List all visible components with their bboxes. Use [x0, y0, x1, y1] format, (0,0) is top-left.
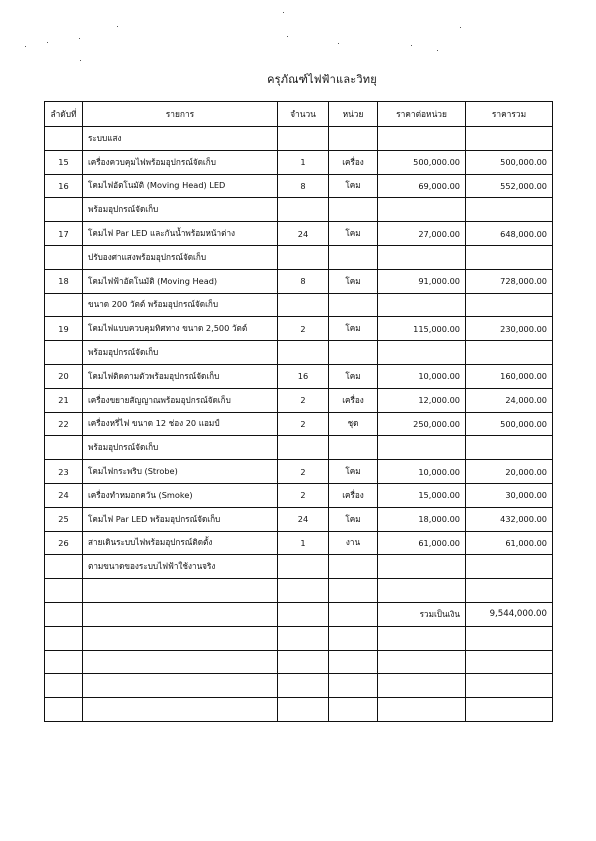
- table-footer: รวมเป็นเงิน 9,544,000.00: [45, 602, 553, 626]
- scan-speck: [287, 36, 288, 37]
- cell-no: [45, 436, 83, 460]
- header-unit-price: ราคาต่อหน่วย: [378, 102, 466, 127]
- cell-no: 15: [45, 150, 83, 174]
- cell-total: 432,000.00: [466, 507, 553, 531]
- cell-unit-price: 115,000.00: [378, 317, 466, 341]
- cell-unit: [329, 555, 378, 579]
- cell-unit-price: 12,000.00: [378, 388, 466, 412]
- cell-quantity: [278, 245, 329, 269]
- table-row: 25โคมไฟ Par LED พร้อมอุปกรณ์จัดเก็บ24โคม…: [45, 507, 553, 531]
- cell-no: [45, 198, 83, 222]
- table-row: 18โคมไฟฟ้าอัตโนมัติ (Moving Head)8โคม91,…: [45, 269, 553, 293]
- table-row: ระบบแสง: [45, 127, 553, 151]
- cell-unit: [329, 436, 378, 460]
- cell-unit-price: 69,000.00: [378, 174, 466, 198]
- cell-total: [466, 341, 553, 365]
- cell-unit: โคม: [329, 174, 378, 198]
- cell-unit-price: 15,000.00: [378, 483, 466, 507]
- cell-no: 19: [45, 317, 83, 341]
- header-unit: หน่วย: [329, 102, 378, 127]
- cell-total: 500,000.00: [466, 412, 553, 436]
- cell-total: 160,000.00: [466, 364, 553, 388]
- grand-total-label: รวมเป็นเงิน: [378, 602, 466, 626]
- table-row: 26สายเดินระบบไฟพร้อมอุปกรณ์ติดตั้ง1งาน61…: [45, 531, 553, 555]
- cell-quantity: 24: [278, 222, 329, 246]
- cell-description: เครื่องหรี่ไฟ ขนาด 12 ช่อง 20 แอมป์: [83, 412, 278, 436]
- cell-total: [466, 198, 553, 222]
- cell-unit: [329, 293, 378, 317]
- blank-row: [45, 698, 553, 722]
- cell-total: 648,000.00: [466, 222, 553, 246]
- cell-description: ขนาด 200 วัตต์ พร้อมอุปกรณ์จัดเก็บ: [83, 293, 278, 317]
- cell-unit-price: 27,000.00: [378, 222, 466, 246]
- cell-unit-price: [378, 436, 466, 460]
- cell-unit-price: 61,000.00: [378, 531, 466, 555]
- cell-unit-price: 10,000.00: [378, 460, 466, 484]
- cell-unit-price: 91,000.00: [378, 269, 466, 293]
- cell-total: [466, 245, 553, 269]
- cell-quantity: [278, 341, 329, 365]
- cell-total: 20,000.00: [466, 460, 553, 484]
- table-row: 15เครื่องควบคุมไฟพร้อมอุปกรณ์จัดเก็บ1เคร…: [45, 150, 553, 174]
- cell-total: 61,000.00: [466, 531, 553, 555]
- cell-unit-price: [378, 293, 466, 317]
- cell-unit-price: [378, 341, 466, 365]
- header-quantity: จำนวน: [278, 102, 329, 127]
- cell-unit: งาน: [329, 531, 378, 555]
- equipment-table: ลำดับที่ รายการ จำนวน หน่วย ราคาต่อหน่วย…: [44, 101, 553, 722]
- cell-quantity: [278, 555, 329, 579]
- blank-row: [45, 674, 553, 698]
- grand-total-value: 9,544,000.00: [466, 602, 553, 626]
- cell-description: ตามขนาดของระบบไฟฟ้าใช้งานจริง: [83, 555, 278, 579]
- cell-no: [45, 341, 83, 365]
- blank-row: [45, 626, 553, 650]
- cell-total: 728,000.00: [466, 269, 553, 293]
- cell-total: [466, 436, 553, 460]
- scan-speck: [117, 26, 118, 27]
- table-row: [45, 579, 553, 603]
- cell-unit-price: [378, 245, 466, 269]
- cell-total: [466, 555, 553, 579]
- scan-speck: [460, 27, 461, 28]
- cell-total: [466, 579, 553, 603]
- cell-description: โคมไฟฟ้าอัตโนมัติ (Moving Head): [83, 269, 278, 293]
- cell-quantity: 1: [278, 531, 329, 555]
- cell-unit: โคม: [329, 317, 378, 341]
- trailing-blank-rows: [45, 626, 553, 721]
- cell-total: [466, 127, 553, 151]
- cell-description: โคมไฟ Par LED พร้อมอุปกรณ์จัดเก็บ: [83, 507, 278, 531]
- cell-quantity: 2: [278, 412, 329, 436]
- cell-quantity: 1: [278, 150, 329, 174]
- cell-unit: โคม: [329, 460, 378, 484]
- cell-description: โคมไฟติดตามตัวพร้อมอุปกรณ์จัดเก็บ: [83, 364, 278, 388]
- scan-speck: [80, 60, 81, 61]
- header-description: รายการ: [83, 102, 278, 127]
- cell-quantity: [278, 436, 329, 460]
- cell-unit: โคม: [329, 269, 378, 293]
- header-total: ราคารวม: [466, 102, 553, 127]
- cell-total: 552,000.00: [466, 174, 553, 198]
- document-title: ครุภัณฑ์ไฟฟ้าและวิทยุ: [0, 70, 596, 88]
- scan-speck: [79, 38, 80, 39]
- cell-unit: [329, 127, 378, 151]
- cell-unit: [329, 341, 378, 365]
- cell-no: [45, 555, 83, 579]
- cell-no: 20: [45, 364, 83, 388]
- table-row: พร้อมอุปกรณ์จัดเก็บ: [45, 436, 553, 460]
- cell-unit-price: [378, 579, 466, 603]
- table-row: 16โคมไฟอัตโนมัติ (Moving Head) LED8โคม69…: [45, 174, 553, 198]
- scan-speck: [437, 50, 438, 51]
- cell-no: 24: [45, 483, 83, 507]
- table-row: 20โคมไฟติดตามตัวพร้อมอุปกรณ์จัดเก็บ16โคม…: [45, 364, 553, 388]
- cell-unit: โคม: [329, 507, 378, 531]
- cell-description: ระบบแสง: [83, 127, 278, 151]
- table-row: ตามขนาดของระบบไฟฟ้าใช้งานจริง: [45, 555, 553, 579]
- cell-no: [45, 245, 83, 269]
- cell-no: 17: [45, 222, 83, 246]
- table-row: 17โคมไฟ Par LED และกันน้ำพร้อมหน้าต่าง24…: [45, 222, 553, 246]
- cell-no: [45, 293, 83, 317]
- table-row: 21เครื่องขยายสัญญาณพร้อมอุปกรณ์จัดเก็บ2เ…: [45, 388, 553, 412]
- scan-speck: [283, 12, 284, 13]
- cell-total: 230,000.00: [466, 317, 553, 341]
- scan-speck: [47, 42, 48, 43]
- cell-total: [466, 293, 553, 317]
- scan-speck: [411, 45, 412, 46]
- cell-unit-price: [378, 127, 466, 151]
- scan-speck: [25, 46, 26, 47]
- cell-quantity: [278, 293, 329, 317]
- cell-quantity: 8: [278, 174, 329, 198]
- cell-unit-price: [378, 555, 466, 579]
- cell-description: พร้อมอุปกรณ์จัดเก็บ: [83, 436, 278, 460]
- cell-description: [83, 579, 278, 603]
- grand-total-row: รวมเป็นเงิน 9,544,000.00: [45, 602, 553, 626]
- cell-description: เครื่องขยายสัญญาณพร้อมอุปกรณ์จัดเก็บ: [83, 388, 278, 412]
- cell-description: สายเดินระบบไฟพร้อมอุปกรณ์ติดตั้ง: [83, 531, 278, 555]
- cell-no: 26: [45, 531, 83, 555]
- cell-quantity: 24: [278, 507, 329, 531]
- cell-total: 500,000.00: [466, 150, 553, 174]
- header-no: ลำดับที่: [45, 102, 83, 127]
- cell-total: 24,000.00: [466, 388, 553, 412]
- cell-no: 22: [45, 412, 83, 436]
- cell-unit-price: 500,000.00: [378, 150, 466, 174]
- table-row: 24เครื่องทำหมอกควัน (Smoke)2เครื่อง15,00…: [45, 483, 553, 507]
- cell-unit: เครื่อง: [329, 483, 378, 507]
- cell-quantity: 2: [278, 388, 329, 412]
- cell-unit: โคม: [329, 364, 378, 388]
- cell-unit: [329, 579, 378, 603]
- cell-no: [45, 127, 83, 151]
- cell-unit-price: 250,000.00: [378, 412, 466, 436]
- cell-description: พร้อมอุปกรณ์จัดเก็บ: [83, 341, 278, 365]
- table-row: ปรับองศาแสงพร้อมอุปกรณ์จัดเก็บ: [45, 245, 553, 269]
- cell-unit: ชุด: [329, 412, 378, 436]
- cell-unit-price: 18,000.00: [378, 507, 466, 531]
- cell-unit: [329, 245, 378, 269]
- cell-quantity: [278, 198, 329, 222]
- cell-quantity: [278, 579, 329, 603]
- table-row: 22เครื่องหรี่ไฟ ขนาด 12 ช่อง 20 แอมป์2ชุ…: [45, 412, 553, 436]
- cell-quantity: 2: [278, 317, 329, 341]
- cell-quantity: 2: [278, 460, 329, 484]
- cell-description: โคมไฟอัตโนมัติ (Moving Head) LED: [83, 174, 278, 198]
- cell-no: 18: [45, 269, 83, 293]
- cell-no: 23: [45, 460, 83, 484]
- cell-description: โคมไฟกระพริบ (Strobe): [83, 460, 278, 484]
- cell-unit: เครื่อง: [329, 388, 378, 412]
- table-row: ขนาด 200 วัตต์ พร้อมอุปกรณ์จัดเก็บ: [45, 293, 553, 317]
- cell-unit: โคม: [329, 222, 378, 246]
- scan-speck: [338, 43, 339, 44]
- cell-unit: เครื่อง: [329, 150, 378, 174]
- table-row: 19โคมไฟแบบควบคุมทิศทาง ขนาด 2,500 วัตต์2…: [45, 317, 553, 341]
- cell-description: โคมไฟ Par LED และกันน้ำพร้อมหน้าต่าง: [83, 222, 278, 246]
- blank-row: [45, 650, 553, 674]
- cell-quantity: 2: [278, 483, 329, 507]
- cell-description: โคมไฟแบบควบคุมทิศทาง ขนาด 2,500 วัตต์: [83, 317, 278, 341]
- cell-unit-price: 10,000.00: [378, 364, 466, 388]
- table-row: พร้อมอุปกรณ์จัดเก็บ: [45, 198, 553, 222]
- cell-description: ปรับองศาแสงพร้อมอุปกรณ์จัดเก็บ: [83, 245, 278, 269]
- cell-unit-price: [378, 198, 466, 222]
- cell-unit: [329, 198, 378, 222]
- cell-description: เครื่องควบคุมไฟพร้อมอุปกรณ์จัดเก็บ: [83, 150, 278, 174]
- cell-no: 21: [45, 388, 83, 412]
- cell-no: [45, 579, 83, 603]
- table-body: ระบบแสง15เครื่องควบคุมไฟพร้อมอุปกรณ์จัดเ…: [45, 127, 553, 603]
- cell-description: พร้อมอุปกรณ์จัดเก็บ: [83, 198, 278, 222]
- cell-no: 16: [45, 174, 83, 198]
- table-row: พร้อมอุปกรณ์จัดเก็บ: [45, 341, 553, 365]
- cell-description: เครื่องทำหมอกควัน (Smoke): [83, 483, 278, 507]
- table-header-row: ลำดับที่ รายการ จำนวน หน่วย ราคาต่อหน่วย…: [45, 102, 553, 127]
- cell-no: 25: [45, 507, 83, 531]
- cell-quantity: 8: [278, 269, 329, 293]
- cell-quantity: [278, 127, 329, 151]
- cell-quantity: 16: [278, 364, 329, 388]
- cell-total: 30,000.00: [466, 483, 553, 507]
- table-row: 23โคมไฟกระพริบ (Strobe)2โคม10,000.0020,0…: [45, 460, 553, 484]
